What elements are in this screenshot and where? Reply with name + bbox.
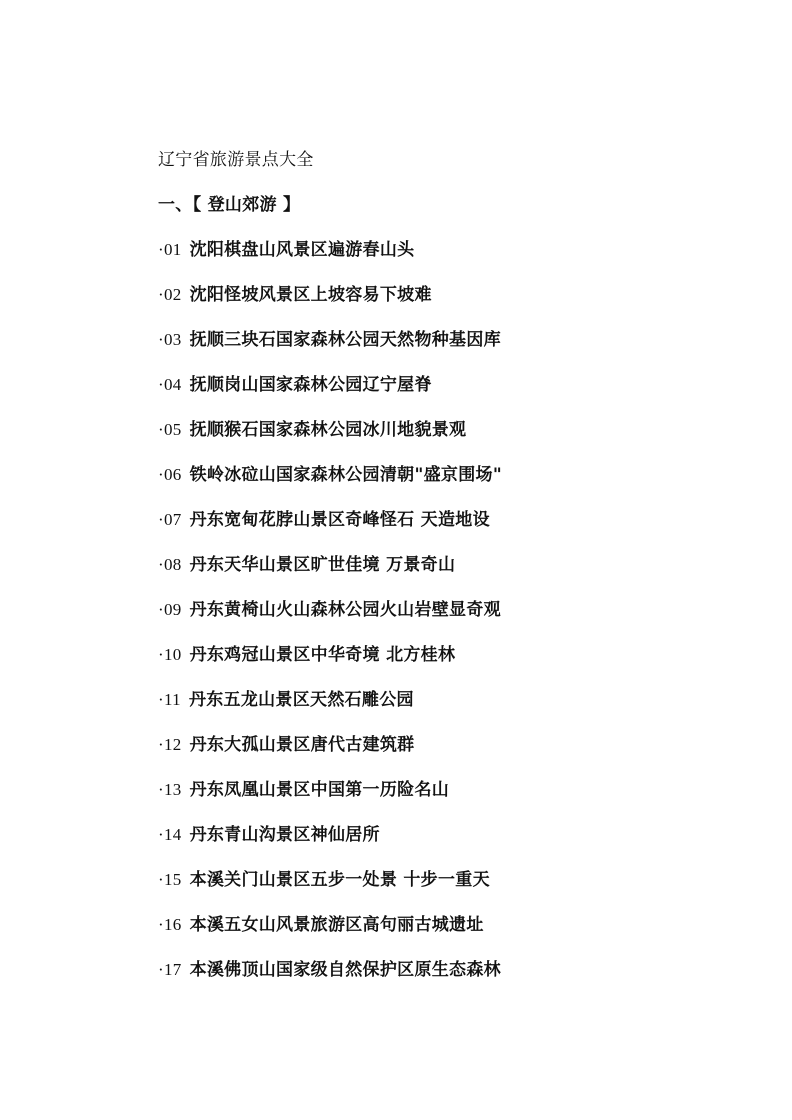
item-text: 丹东青山沟景区神仙居所: [190, 825, 380, 845]
item-number: ·11: [158, 690, 181, 709]
list-item: ·17本溪佛顶山国家级自然保护区原生态森林: [158, 958, 758, 1003]
item-text: 丹东凤凰山景区中国第一历险名山: [190, 780, 450, 800]
item-text: 丹东大孤山景区唐代古建筑群: [190, 735, 415, 755]
list-item: ·12丹东大孤山景区唐代古建筑群: [158, 733, 758, 778]
item-number: ·14: [158, 825, 182, 844]
item-number: ·01: [158, 240, 182, 259]
item-text: 丹东宽甸花脖山景区奇峰怪石 天造地设: [190, 510, 490, 530]
list-item: ·03抚顺三块石国家森林公园天然物种基因库: [158, 328, 758, 373]
list-item: ·02沈阳怪坡风景区上坡容易下坡难: [158, 283, 758, 328]
item-text: 丹东黄椅山火山森林公园火山岩壁显奇观: [190, 600, 501, 620]
list-item: ·10丹东鸡冠山景区中华奇境 北方桂林: [158, 643, 758, 688]
item-text: 沈阳棋盘山风景区遍游春山头: [190, 240, 415, 260]
item-text: 抚顺猴石国家森林公园冰川地貌景观: [190, 420, 467, 440]
section-heading: 一、【 登山郊游 】: [158, 193, 758, 238]
item-number: ·04: [158, 375, 182, 394]
list-item: ·09丹东黄椅山火山森林公园火山岩壁显奇观: [158, 598, 758, 643]
list-item: ·16本溪五女山风景旅游区高句丽古城遗址: [158, 913, 758, 958]
list-item: ·15本溪关门山景区五步一处景 十步一重天: [158, 868, 758, 913]
list-item: ·06铁岭冰砬山国家森林公园清朝"盛京围场": [158, 463, 758, 508]
item-number: ·06: [158, 465, 182, 484]
list-item: ·01沈阳棋盘山风景区遍游春山头: [158, 238, 758, 283]
item-number: ·02: [158, 285, 182, 304]
item-number: ·12: [158, 735, 182, 754]
list-item: ·05抚顺猴石国家森林公园冰川地貌景观: [158, 418, 758, 463]
list-item: ·11丹东五龙山景区天然石雕公园: [158, 688, 758, 733]
list-item: ·14丹东青山沟景区神仙居所: [158, 823, 758, 868]
document-page: 辽宁省旅游景点大全 一、【 登山郊游 】 ·01沈阳棋盘山风景区遍游春山头 ·0…: [158, 148, 758, 1003]
document-title: 辽宁省旅游景点大全: [158, 148, 758, 193]
item-number: ·08: [158, 555, 182, 574]
list-item: ·13丹东凤凰山景区中国第一历险名山: [158, 778, 758, 823]
item-number: ·05: [158, 420, 182, 439]
item-text: 抚顺岗山国家森林公园辽宁屋脊: [190, 375, 432, 395]
item-text: 本溪佛顶山国家级自然保护区原生态森林: [190, 960, 501, 980]
item-text: 抚顺三块石国家森林公园天然物种基因库: [190, 330, 501, 350]
item-text: 本溪五女山风景旅游区高句丽古城遗址: [190, 915, 484, 935]
item-text: 沈阳怪坡风景区上坡容易下坡难: [190, 285, 432, 305]
item-number: ·03: [158, 330, 182, 349]
item-number: ·16: [158, 915, 182, 934]
item-number: ·09: [158, 600, 182, 619]
list-item: ·04抚顺岗山国家森林公园辽宁屋脊: [158, 373, 758, 418]
item-number: ·15: [158, 870, 182, 889]
item-number: ·17: [158, 960, 182, 979]
item-text: 铁岭冰砬山国家森林公园清朝"盛京围场": [190, 465, 502, 485]
item-text: 丹东天华山景区旷世佳境 万景奇山: [190, 555, 456, 575]
list-item: ·07丹东宽甸花脖山景区奇峰怪石 天造地设: [158, 508, 758, 553]
list-item: ·08丹东天华山景区旷世佳境 万景奇山: [158, 553, 758, 598]
item-number: ·07: [158, 510, 182, 529]
item-text: 本溪关门山景区五步一处景 十步一重天: [190, 870, 490, 890]
item-text: 丹东五龙山景区天然石雕公园: [189, 690, 414, 710]
item-number: ·10: [158, 645, 182, 664]
item-number: ·13: [158, 780, 182, 799]
item-text: 丹东鸡冠山景区中华奇境 北方桂林: [190, 645, 456, 665]
